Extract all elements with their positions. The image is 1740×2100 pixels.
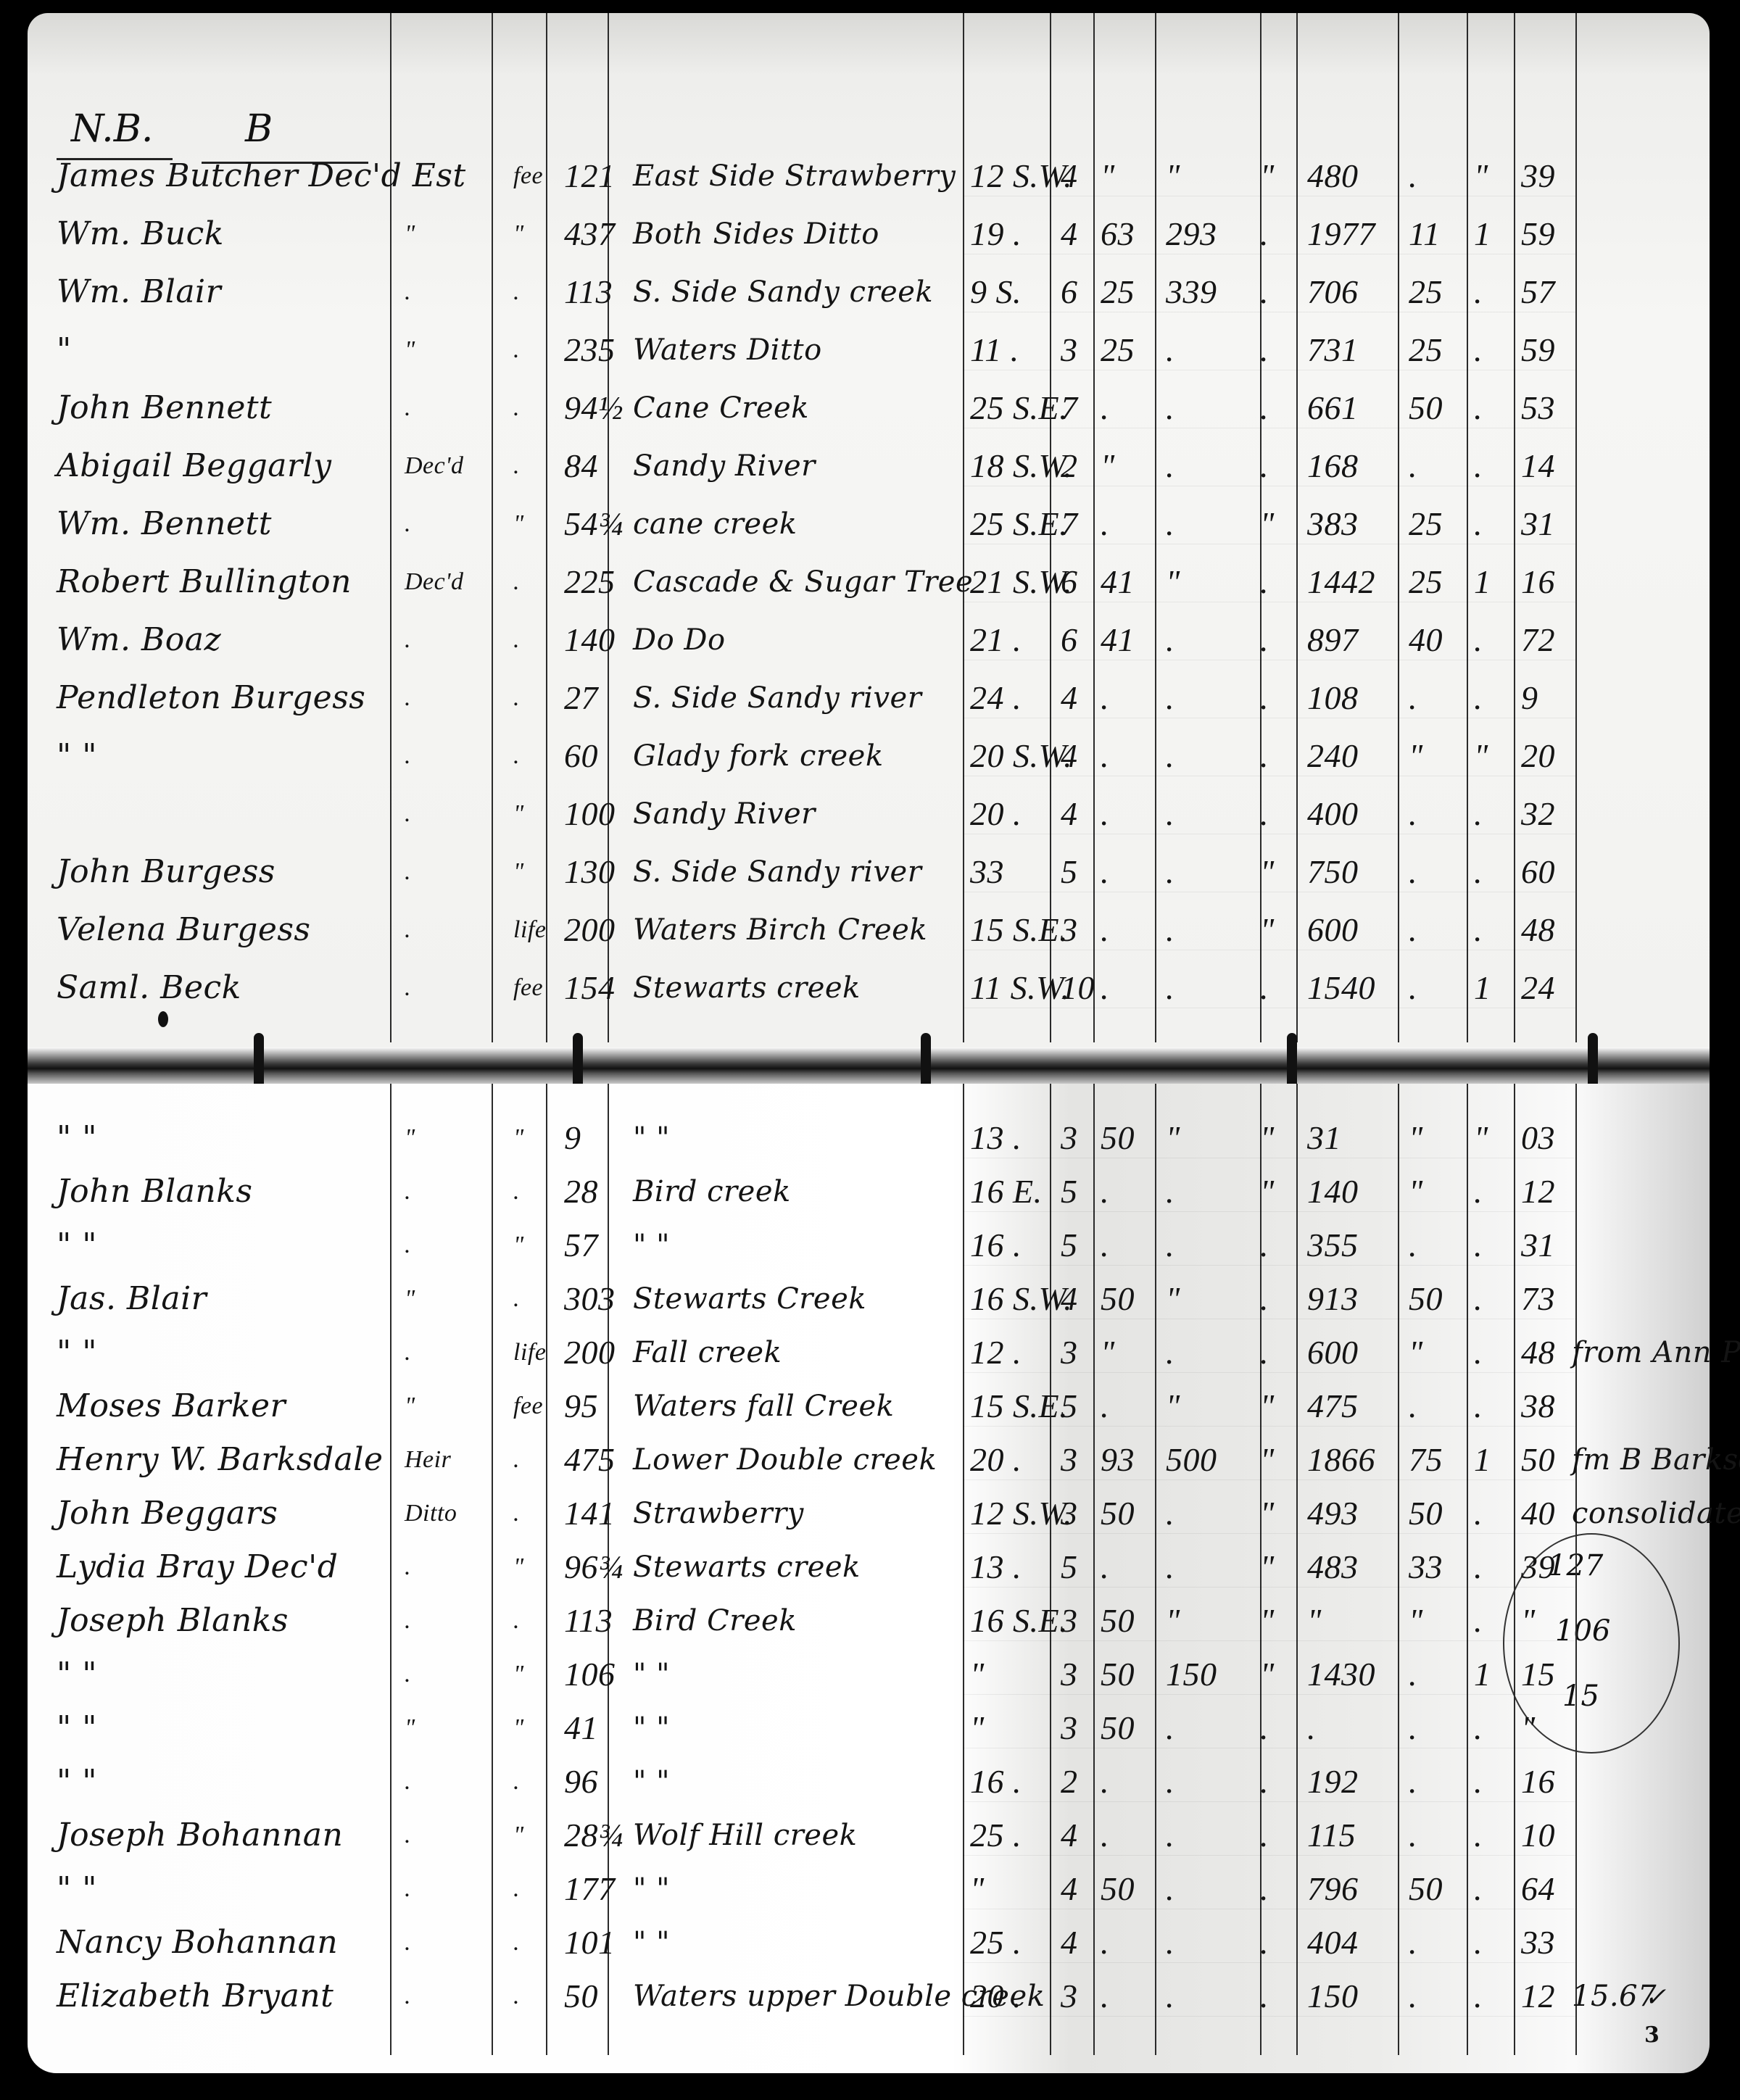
cell-c4: . (1260, 209, 1269, 260)
ledger-row: Wm. Blair..113S. Side Sandy creek9 S.625… (28, 267, 1710, 318)
cell-c4: . (1260, 1220, 1269, 1271)
cell-total: 600 (1307, 905, 1359, 955)
cell-c1: 2 (1061, 441, 1078, 491)
cell-location: Sandy River (633, 441, 816, 491)
cell-location: " " (633, 1756, 670, 1807)
cell-c1: 3 (1061, 1971, 1078, 2022)
cell-c1: 3 (1061, 1435, 1078, 1485)
cell-c1: 4 (1061, 151, 1078, 202)
cell-cents: 25 (1409, 557, 1443, 607)
cell-c4: . (1260, 963, 1269, 1013)
cell-c3: . (1166, 673, 1174, 723)
cell-c4: " (1260, 1488, 1275, 1539)
cell-tax-c: 57 (1521, 267, 1555, 318)
cell-name: Nancy Bohannan (57, 1917, 338, 1968)
cell-acres: 154 (564, 963, 616, 1013)
ruled-line (963, 312, 1575, 312)
cell-c3: " (1166, 1113, 1180, 1163)
cell-c4: " (1260, 1381, 1275, 1432)
cell-name: Joseph Bohannan (57, 1810, 343, 1861)
cell-cents: " (1409, 1113, 1423, 1163)
cell-rate: 13 . (970, 1113, 1022, 1163)
page-header-letter: B (245, 107, 273, 151)
cell-c1: 4 (1061, 673, 1078, 723)
cell-tax-d: . (1474, 1917, 1483, 1968)
cell-acres: 140 (564, 615, 616, 665)
cell-name: Pendleton Burgess (57, 673, 365, 723)
cell-c1: 3 (1061, 1113, 1078, 1163)
cell-tenure: fee (513, 963, 543, 1013)
cell-total: 897 (1307, 615, 1359, 665)
cell-c4: . (1260, 1274, 1269, 1324)
cell-c4: . (1260, 1327, 1269, 1378)
cell-c2: . (1101, 499, 1109, 549)
cell-rate: 25 . (970, 1917, 1022, 1968)
cell-tax-c: 72 (1521, 615, 1555, 665)
cell-rate: 24 . (970, 673, 1022, 723)
cell-total: 913 (1307, 1274, 1359, 1324)
ledger-row: " "."106" ""350150"1430.115 (28, 1649, 1710, 1700)
cell-c3: . (1166, 731, 1174, 781)
cell-location: Waters Ditto (633, 325, 822, 375)
ruled-line (963, 370, 1575, 370)
cell-c4: " (1260, 1595, 1275, 1646)
cell-rate: 15 S.E. (970, 1381, 1068, 1432)
cell-c3: " (1166, 1274, 1180, 1324)
cell-tax-c: 48 (1521, 905, 1555, 955)
ledger-row: Lydia Bray Dec'd."96¾Stewarts creek13 .5… (28, 1542, 1710, 1593)
cell-tenure: life (513, 1327, 546, 1378)
cell-acres: 28 (564, 1166, 598, 1217)
cell-c3: . (1166, 1864, 1174, 1914)
cell-location: S. Side Sandy river (633, 673, 921, 723)
ruled-line (963, 428, 1575, 428)
cell-name: " " (57, 1703, 97, 1754)
cell-location: Strawberry (633, 1488, 804, 1539)
cell-tenure: " (513, 209, 524, 260)
cell-c1: 3 (1061, 1649, 1078, 1700)
cell-c2: . (1101, 1756, 1109, 1807)
cell-status: . (405, 1971, 411, 2022)
cell-location: " " (633, 1649, 670, 1700)
cell-c2: . (1101, 847, 1109, 897)
cell-tax-c: 14 (1521, 441, 1555, 491)
cell-rate: 16 S.E. (970, 1595, 1068, 1646)
cell-tax-d: 1 (1474, 963, 1491, 1013)
ruled-line (963, 660, 1575, 660)
ruled-line (963, 892, 1575, 892)
cell-c4: . (1260, 1756, 1269, 1807)
cell-tax-c: 32 (1521, 789, 1555, 839)
cell-total: 355 (1307, 1220, 1359, 1271)
cell-c2: 50 (1101, 1274, 1135, 1324)
cell-total: 1866 (1307, 1435, 1375, 1485)
ruled-line (963, 1319, 1575, 1319)
ruled-line (963, 1694, 1575, 1695)
cell-tax-d: . (1474, 673, 1483, 723)
cell-status: . (405, 1810, 411, 1861)
cell-cents: . (1409, 673, 1417, 723)
cell-tax-d: . (1474, 1166, 1483, 1217)
cell-name: " " (57, 1220, 97, 1271)
cell-c1: 3 (1061, 1488, 1078, 1539)
cell-c1: 3 (1061, 325, 1078, 375)
cell-tax-d: . (1474, 1864, 1483, 1914)
cell-acres: 54¾ (564, 499, 623, 549)
cell-c1: 5 (1061, 1381, 1078, 1432)
cell-tax-c: 16 (1521, 557, 1555, 607)
cell-c3: . (1166, 1917, 1174, 1968)
cell-status: " (405, 1703, 415, 1754)
cell-name: " " (57, 1113, 97, 1163)
cell-name: John Bennett (57, 383, 272, 433)
cell-tenure: . (513, 1435, 520, 1485)
cell-cents: " (1409, 731, 1423, 781)
cell-name: " " (57, 1756, 97, 1807)
cell-total: 192 (1307, 1756, 1359, 1807)
cell-total: 483 (1307, 1542, 1359, 1593)
cell-rate: 16 E. (970, 1166, 1043, 1217)
cell-tax-c: 59 (1521, 325, 1555, 375)
cell-acres: 50 (564, 1971, 598, 2022)
ruled-line (963, 1909, 1575, 1909)
cell-cents: . (1409, 847, 1417, 897)
cell-c2: 50 (1101, 1113, 1135, 1163)
cell-name: John Blanks (57, 1166, 253, 1217)
cell-total: 400 (1307, 789, 1359, 839)
ledger-row: Henry W. BarksdaleHeir.475Lower Double c… (28, 1435, 1710, 1485)
cell-cents: . (1409, 1810, 1417, 1861)
cell-cents: . (1409, 151, 1417, 202)
ledger-row: ."100Sandy River20 .4...400..32 (28, 789, 1710, 839)
ruled-line (963, 776, 1575, 776)
cell-tenure: fee (513, 151, 543, 202)
cell-note: consolidated (1572, 1488, 1740, 1539)
cell-status: Ditto (405, 1488, 457, 1539)
cell-rate: 11 S.W. (970, 963, 1070, 1013)
cell-c4: . (1260, 615, 1269, 665)
cell-c3: . (1166, 499, 1174, 549)
cell-acres: 225 (564, 557, 616, 607)
cell-c1: 10 (1061, 963, 1095, 1013)
cell-c2: . (1101, 1381, 1109, 1432)
cell-status: . (405, 1595, 411, 1646)
cell-rate: 12 S.W. (970, 151, 1072, 202)
cell-tax-d: . (1474, 905, 1483, 955)
cell-total: 1977 (1307, 209, 1375, 260)
cell-note: from Ann Price (1572, 1327, 1740, 1378)
cell-location: " " (633, 1113, 670, 1163)
cell-tenure: " (513, 1810, 524, 1861)
cell-name: John Burgess (57, 847, 275, 897)
cell-location: cane creek (633, 499, 797, 549)
ledger-row: " "..96" "16 .2...192..16 (28, 1756, 1710, 1807)
cell-acres: 113 (564, 1595, 613, 1646)
cell-c2: 50 (1101, 1649, 1135, 1700)
cell-cents: 50 (1409, 383, 1443, 433)
cell-note: 15.67 (1572, 1971, 1657, 2022)
cell-tax-d: . (1474, 847, 1483, 897)
cell-cents: . (1409, 963, 1417, 1013)
cell-tax-c: 39 (1521, 151, 1555, 202)
cell-name: Wm. Buck (57, 209, 224, 260)
cell-total: 731 (1307, 325, 1359, 375)
ruled-line (963, 1372, 1575, 1373)
cell-tenure: " (513, 1113, 524, 1163)
cell-status: Dec'd (405, 557, 464, 607)
cell-acres: 113 (564, 267, 613, 318)
cell-name: Wm. Blair (57, 267, 221, 318)
cell-total: 600 (1307, 1327, 1359, 1378)
cell-location: Stewarts Creek (633, 1274, 866, 1324)
cell-tax-c: 64 (1521, 1864, 1555, 1914)
cell-cents: " (1409, 1166, 1423, 1217)
cell-acres: 96¾ (564, 1542, 623, 1593)
ruled-line (963, 950, 1575, 950)
cell-tax-c: 31 (1521, 1220, 1555, 1271)
cell-location: Do Do (633, 615, 726, 665)
cell-note: fm B Barksdale Est. (1572, 1435, 1740, 1485)
ink-blot (158, 1011, 168, 1027)
cell-acres: 141 (564, 1488, 616, 1539)
cell-status: . (405, 1864, 411, 1914)
cell-c1: 3 (1061, 1327, 1078, 1378)
cell-tenure: . (513, 1166, 520, 1217)
cell-tax-d: . (1474, 1381, 1483, 1432)
cell-rate: 16 . (970, 1220, 1022, 1271)
ledger-row: Velena Burgess.life200Waters Birch Creek… (28, 905, 1710, 955)
cell-location: Stewarts creek (633, 963, 861, 1013)
cell-status: . (405, 1542, 411, 1593)
cell-status: . (405, 963, 411, 1013)
cell-c4: " (1260, 151, 1275, 202)
cell-tenure: . (513, 267, 520, 318)
cell-acres: 235 (564, 325, 616, 375)
cell-location: Lower Double creek (633, 1435, 937, 1485)
cell-c4: . (1260, 1810, 1269, 1861)
cell-tax-d: . (1474, 441, 1483, 491)
cell-c3: 500 (1166, 1435, 1217, 1485)
cell-tenure: " (513, 1220, 524, 1271)
cell-cents: . (1409, 789, 1417, 839)
cell-c4: . (1260, 1864, 1269, 1914)
cell-c4: . (1260, 267, 1269, 318)
cell-c2: . (1101, 789, 1109, 839)
cell-tax-d: . (1474, 1971, 1483, 2022)
ledger-row: "".235Waters Ditto11 .325..73125.59 (28, 325, 1710, 375)
cell-acres: 121 (564, 151, 616, 202)
cell-c1: 4 (1061, 1864, 1078, 1914)
ledger-row: " """9" "13 .350""31""03 (28, 1113, 1710, 1163)
cell-tax-c: 59 (1521, 209, 1555, 260)
cell-status: . (405, 1917, 411, 1968)
cell-tax-c: 39 (1521, 1542, 1555, 1593)
ruled-line (963, 602, 1575, 602)
ruled-line (963, 1587, 1575, 1588)
cell-location: " " (633, 1703, 670, 1754)
ledger-row: Jas. Blair".303Stewarts Creek16 S.W.450"… (28, 1274, 1710, 1324)
cell-acres: 9 (564, 1113, 581, 1163)
cell-acres: 437 (564, 209, 616, 260)
ruled-line (963, 1855, 1575, 1856)
cell-c3: . (1166, 1810, 1174, 1861)
cell-tenure: " (513, 847, 524, 897)
cell-rate: 33 (970, 847, 1004, 897)
cell-c3: . (1166, 1542, 1174, 1593)
cell-c3: . (1166, 789, 1174, 839)
ledger-row: John Burgess."130S. Side Sandy river335.… (28, 847, 1710, 897)
ruled-line (963, 544, 1575, 544)
cell-status: . (405, 1327, 411, 1378)
cell-cents: . (1409, 1703, 1417, 1754)
cell-c1: 4 (1061, 1917, 1078, 1968)
cell-location: Fall creek (633, 1327, 782, 1378)
ledger-row: John Bennett..94½Cane Creek25 S.E.7...66… (28, 383, 1710, 433)
cell-c4: . (1260, 789, 1269, 839)
cell-status: . (405, 1756, 411, 1807)
cell-tax-c: 12 (1521, 1971, 1555, 2022)
cell-c4: " (1260, 1113, 1275, 1163)
cell-c4: " (1260, 1166, 1275, 1217)
cell-c2: " (1101, 151, 1115, 202)
cell-tax-d: . (1474, 1756, 1483, 1807)
cell-c1: 4 (1061, 731, 1078, 781)
ledger-row: John BeggarsDitto.141Strawberry12 S.W.35… (28, 1488, 1710, 1539)
cell-cents: " (1409, 1595, 1423, 1646)
cell-tax-d: . (1474, 1274, 1483, 1324)
cell-tax-c: 12 (1521, 1166, 1555, 1217)
cell-location: Both Sides Ditto (633, 209, 879, 260)
cell-c2: 25 (1101, 267, 1135, 318)
cell-tax-d: . (1474, 789, 1483, 839)
cell-rate: 15 S.E. (970, 905, 1068, 955)
cell-cents: . (1409, 1381, 1417, 1432)
cell-name: Wm. Boaz (57, 615, 221, 665)
cell-total: 480 (1307, 151, 1359, 202)
ruled-line (963, 1533, 1575, 1534)
cell-status: . (405, 673, 411, 723)
cell-total: . (1307, 1703, 1316, 1754)
cell-status: " (405, 325, 415, 375)
cell-tenure: . (513, 325, 520, 375)
cell-tenure: " (513, 1703, 524, 1754)
cell-cents: . (1409, 441, 1417, 491)
cell-tax-c: 53 (1521, 383, 1555, 433)
cell-total: 1540 (1307, 963, 1375, 1013)
cell-total: 661 (1307, 383, 1359, 433)
cell-tax-c: 50 (1521, 1435, 1555, 1485)
cell-tax-d: " (1474, 731, 1488, 781)
cell-c2: . (1101, 1542, 1109, 1593)
cell-tax-c: 40 (1521, 1488, 1555, 1539)
cell-total: 31 (1307, 1113, 1341, 1163)
cell-c1: 4 (1061, 1274, 1078, 1324)
cell-c4: . (1260, 1703, 1269, 1754)
cell-cents: 25 (1409, 267, 1443, 318)
cell-acres: 101 (564, 1917, 616, 1968)
cell-c3: . (1166, 615, 1174, 665)
ruled-line (963, 718, 1575, 718)
cell-rate: 9 S. (970, 267, 1022, 318)
cell-c2: . (1101, 731, 1109, 781)
ledger-row: " "..60Glady fork creek20 S.W.4...240""2… (28, 731, 1710, 781)
cell-total: 150 (1307, 1971, 1359, 2022)
ruled-line (963, 834, 1575, 834)
ledger-row: John Blanks..28Bird creek16 E.5.."140".1… (28, 1166, 1710, 1217)
cell-c4: . (1260, 1917, 1269, 1968)
ruled-line (963, 1801, 1575, 1802)
cell-tax-d: . (1474, 499, 1483, 549)
cell-name: John Beggars (57, 1488, 278, 1539)
cell-c2: 93 (1101, 1435, 1135, 1485)
cell-tenure: . (513, 1274, 520, 1324)
ledger-row: Wm. Buck""437Both Sides Ditto19 .463293.… (28, 209, 1710, 260)
cell-c2: 50 (1101, 1488, 1135, 1539)
cell-acres: 94½ (564, 383, 623, 433)
cell-status: . (405, 1166, 411, 1217)
cell-acres: 27 (564, 673, 598, 723)
cell-tenure: . (513, 1971, 520, 2022)
cell-location: " " (633, 1864, 670, 1914)
cell-rate: 12 . (970, 1327, 1022, 1378)
cell-c1: 6 (1061, 557, 1078, 607)
cell-c3: . (1166, 963, 1174, 1013)
ledger-row: Pendleton Burgess..27S. Side Sandy river… (28, 673, 1710, 723)
cell-cents: . (1409, 1220, 1417, 1271)
cell-c2: 63 (1101, 209, 1135, 260)
cell-tenure: . (513, 557, 520, 607)
cell-tax-c: 33 (1521, 1917, 1555, 1968)
cell-c1: 5 (1061, 1220, 1078, 1271)
cell-total: 796 (1307, 1864, 1359, 1914)
cell-tenure: fee (513, 1381, 543, 1432)
cell-tenure: . (513, 615, 520, 665)
cell-name: " (57, 325, 72, 375)
ruled-line (963, 1640, 1575, 1641)
cell-rate: 20 . (970, 1435, 1022, 1485)
cell-acres: 475 (564, 1435, 616, 1485)
page-number: 3 (1644, 2022, 1660, 2048)
cell-c2: 50 (1101, 1864, 1135, 1914)
cell-rate: 16 . (970, 1756, 1022, 1807)
cell-c1: 6 (1061, 267, 1078, 318)
ledger-row: Robert BullingtonDec'd.225Cascade & Suga… (28, 557, 1710, 607)
cell-name: Lydia Bray Dec'd (57, 1542, 338, 1593)
cell-name: Robert Bullington (57, 557, 352, 607)
cell-c4: " (1260, 905, 1275, 955)
cell-acres: 57 (564, 1220, 598, 1271)
cell-c1: 7 (1061, 383, 1078, 433)
cell-c3: 293 (1166, 209, 1217, 260)
ledger-row: Joseph Blanks..113Bird Creek16 S.E.350""… (28, 1595, 1710, 1646)
cell-c2: . (1101, 1971, 1109, 2022)
ledger-row: Saml. Beck.fee154Stewarts creek11 S.W.10… (28, 963, 1710, 1013)
cell-rate: 25 S.E. (970, 499, 1068, 549)
cell-c3: . (1166, 1166, 1174, 1217)
cell-total: 115 (1307, 1810, 1356, 1861)
cell-c4: " (1260, 1542, 1275, 1593)
ruled-line (963, 1748, 1575, 1748)
cell-location: East Side Strawberry (633, 151, 956, 202)
cell-total: 706 (1307, 267, 1359, 318)
cell-total: 1430 (1307, 1649, 1375, 1700)
cell-c3: . (1166, 1488, 1174, 1539)
cell-status: . (405, 383, 411, 433)
cell-cents: 50 (1409, 1488, 1443, 1539)
cell-cents: 50 (1409, 1864, 1443, 1914)
cell-tax-c: 20 (1521, 731, 1555, 781)
cell-c4: . (1260, 731, 1269, 781)
